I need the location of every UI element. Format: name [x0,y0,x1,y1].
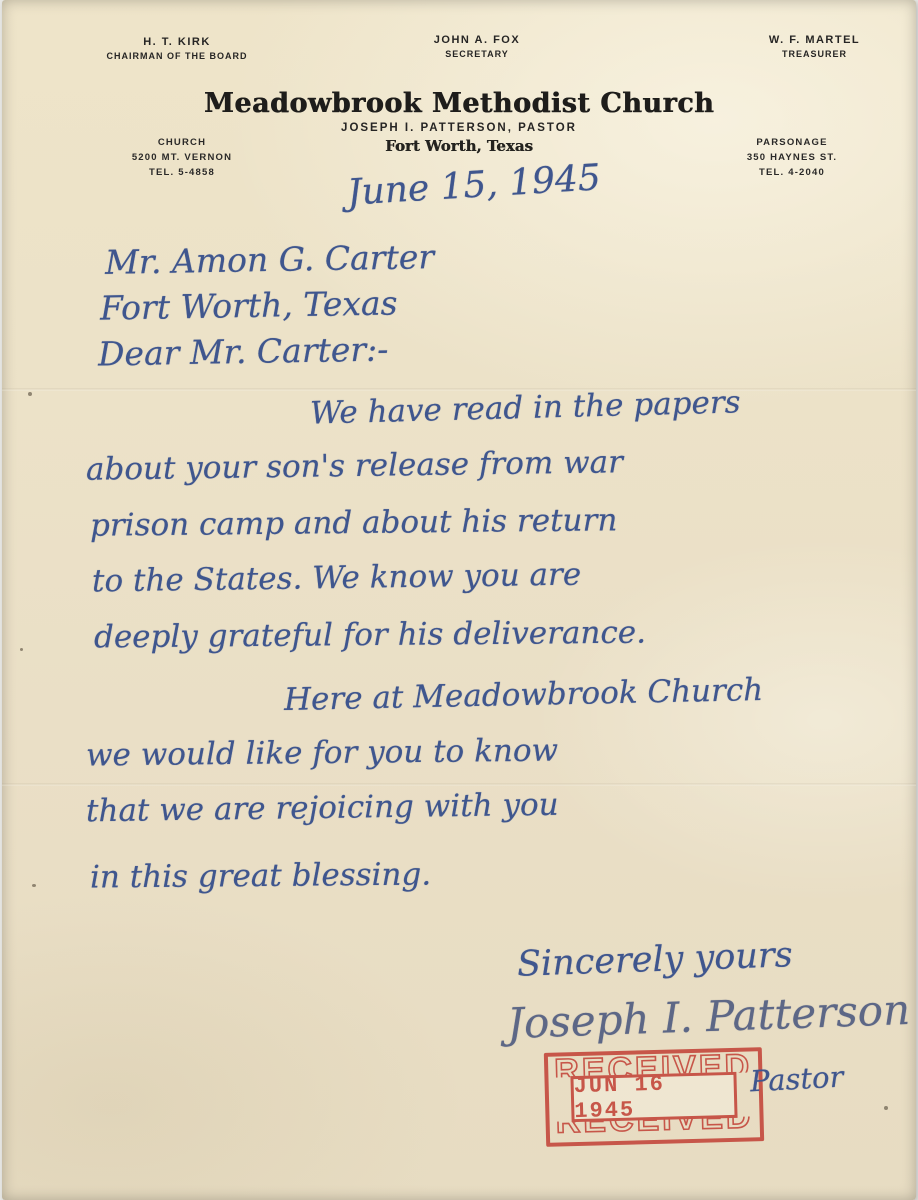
fold-crease [2,783,916,786]
fold-crease [2,388,916,391]
parsonage-contact-label: PARSONAGE [707,135,877,150]
officer-treasurer: W. F. MARTEL TREASURER [727,34,902,59]
church-contact-address: 5200 MT. VERNON [97,150,267,165]
received-stamp-date-text: JUN 16 1945 [573,1070,734,1124]
recipient-name: Mr. Amon G. Carter [105,237,435,282]
parsonage-contact-block: PARSONAGE 350 HAYNES ST. TEL. 4-2040 [707,135,877,180]
paper-speck [32,884,36,887]
signature-title: Pastor [749,1060,844,1099]
handwritten-date: June 15, 1945 [346,157,602,213]
church-name: Meadowbrook Methodist Church [2,88,916,119]
received-stamp-date: JUN 16 1945 [570,1072,737,1122]
scanned-letter-page: H. T. KIRK CHAIRMAN OF THE BOARD JOHN A.… [2,0,916,1200]
church-contact-phone: TEL. 5-4858 [97,165,267,180]
officer-name: JOHN A. FOX [357,34,597,46]
body-line: deeply grateful for his deliverance. [94,615,646,656]
paper-speck [20,648,23,651]
closing: Sincerely yours [516,935,793,985]
officer-title: TREASURER [727,49,902,59]
body-line: about your son's release from war [86,444,623,487]
pastor-line: JOSEPH I. PATTERSON, PASTOR [2,122,916,134]
body-line: We have read in the papers [310,384,741,431]
signature: Joseph I. Patterson [506,985,911,1048]
body-line: prison camp and about his return [90,502,618,544]
parsonage-contact-address: 350 HAYNES ST. [707,150,877,165]
body-line: that we are rejoicing with you [86,787,559,830]
body-line: to the States. We know you are [92,557,582,600]
officer-name: W. F. MARTEL [727,34,902,46]
parsonage-contact-phone: TEL. 4-2040 [707,165,877,180]
officer-secretary: JOHN A. FOX SECRETARY [357,34,597,59]
officer-title: SECRETARY [357,49,597,59]
body-line: Here at Meadowbrook Church [284,672,764,718]
received-stamp: RECEIVED JUN 16 1945 RECEIVED [544,1047,764,1147]
paper-speck [28,392,32,396]
church-contact-label: CHURCH [97,135,267,150]
church-contact-block: CHURCH 5200 MT. VERNON TEL. 5-4858 [97,135,267,180]
officer-name: H. T. KIRK [72,36,282,48]
officer-title: CHAIRMAN OF THE BOARD [72,51,282,61]
salutation: Dear Mr. Carter:- [98,329,389,373]
recipient-city: Fort Worth, Texas [100,283,398,327]
body-line: we would like for you to know [86,733,558,774]
paper-speck [884,1106,888,1110]
body-line: in this great blessing. [90,857,431,896]
officer-chairman: H. T. KIRK CHAIRMAN OF THE BOARD [72,36,282,61]
